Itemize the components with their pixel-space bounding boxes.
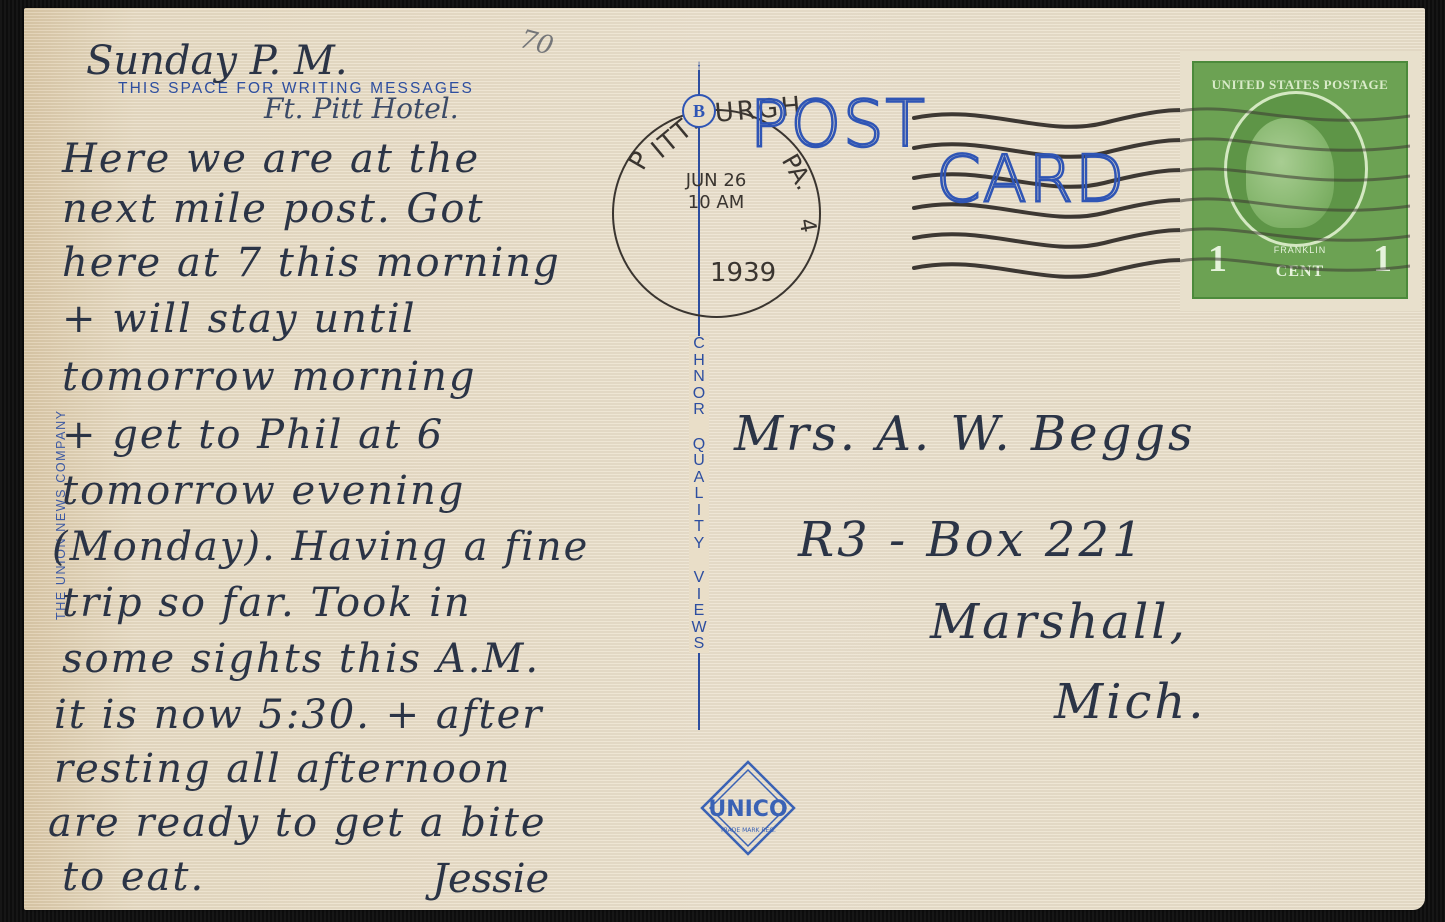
message-line: resting all afternoon [54, 746, 512, 792]
postmark-year: 1939 [710, 258, 776, 288]
brand-vertical-text: C H N O R Q U A L I T Y V I E W S [689, 336, 709, 653]
message-line: + will stay until [62, 296, 417, 342]
postage-stamp: UNITED STATES POSTAGE FRANKLIN 1 1 CENT [1180, 51, 1422, 311]
postcard-back: THIS SPACE FOR WRITING MESSAGES THE UNIO… [24, 8, 1425, 910]
message-line: Here we are at the [62, 136, 480, 182]
stamp-cancel-lines-icon [1180, 51, 1410, 299]
unico-trademark-logo-icon: UNICO TRADE MARK REG. [700, 760, 796, 856]
message-line: to eat. [62, 854, 205, 900]
message-line: tomorrow morning [62, 354, 477, 400]
svg-text:UNICO: UNICO [708, 797, 787, 822]
message-line: are ready to get a bite [48, 800, 547, 846]
address-state: Mich. [1054, 674, 1207, 730]
postmark-date: JUN 26 [656, 170, 776, 192]
message-line: next mile post. Got [62, 186, 485, 232]
address-city: Marshall, [930, 594, 1188, 650]
signature: Jessie [432, 856, 549, 902]
corner-note: 70 [517, 24, 557, 62]
message-heading: Sunday P. M. [86, 38, 348, 84]
message-line: here at 7 this morning [62, 240, 561, 286]
message-line: (Monday). Having a fine [52, 524, 589, 570]
address-name: Mrs. A. W. Beggs [734, 406, 1196, 462]
postcard-title-post: POST [750, 93, 927, 157]
publisher-b-logo-icon: B [682, 94, 716, 128]
svg-text:TRADE MARK REG.: TRADE MARK REG. [719, 827, 776, 834]
postmark-time: 10 AM [656, 192, 776, 214]
postmark-center: JUN 26 10 AM [656, 170, 776, 214]
message-line: some sights this A.M. [62, 636, 540, 682]
message-line: it is now 5:30. + after [54, 692, 543, 738]
address-route: R3 - Box 221 [798, 512, 1146, 568]
message-line: + get to Phil at 6 [62, 412, 444, 458]
postcard-title-card: CARD [936, 148, 1126, 212]
message-line: tomorrow evening [62, 468, 465, 514]
message-line: trip so far. Took in [62, 580, 472, 626]
message-location: Ft. Pitt Hotel. [264, 92, 459, 125]
